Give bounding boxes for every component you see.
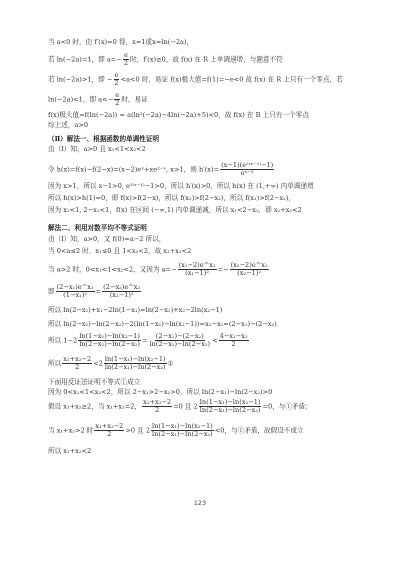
fraction: e2: [113, 72, 119, 87]
text-line: 即(2−x₁)e^x₁(1−x₁)²=(2−x₂)e^x₂(x₂−1)²: [48, 284, 142, 299]
text-line: 综上述，a>0: [48, 121, 88, 129]
text: =0 且 2: [173, 403, 198, 411]
fraction: 4−x₁−x₂2: [219, 333, 249, 348]
text-line: 由（Ⅰ）知，a>0 且 x₁<1<x₂<2: [48, 145, 146, 153]
fraction: x₁+x₂−22: [62, 356, 92, 371]
text-line: 令 h(x)=f(x)−f(2−x)=(x−2)eˣ+xe²⁻ˣ, x>1，则 …: [48, 162, 275, 177]
text: ①: [168, 360, 174, 368]
text: <a<0 时，易证 f(x)极大值=f(1)=−e<0 故 f(x) 在 R 上…: [121, 76, 343, 84]
text-line: 假设 x₁+x₂≥2，当 x₁+x₂=2，x₁+x₂−22=0 且 2ln(1−…: [48, 399, 312, 414]
text-line: 因为 x₁<1, 2−x₂<1，f(x) 在区间 (−∞,1) 内单调递减，所以…: [48, 206, 302, 214]
page-number: 123: [0, 499, 400, 507]
fraction: x₁+x₂−22: [142, 399, 172, 414]
fraction: ln(1−x₁)−ln(x₂−1)ln(2−x₁)−ln(2−x₂): [151, 423, 214, 438]
text: <0，与①矛盾，故假设不成立: [215, 427, 304, 435]
text-line: 所以x₁+x₂−22<2ln(1−x₁)−ln(x₂−1)ln(2−x₁)−ln…: [48, 356, 174, 371]
text: 即: [48, 288, 55, 296]
text-line: 下面用反证法证明不等式①成立: [48, 378, 140, 386]
fraction: x₁+x₂−22: [94, 423, 124, 438]
text-line: 若 ln(−2a)=1，即 a=−e2时，f′(x)≥0，故 f(x) 在 R …: [48, 52, 283, 67]
text: 假设 x₁+x₂≥2，当 x₁+x₂=2，: [48, 403, 141, 411]
text: 所以 1−2: [48, 337, 77, 345]
text: 令 h(x)=f(x)−f(2−x)=(x−2)eˣ+xe²⁻ˣ, x>1，则 …: [48, 166, 219, 174]
text: 若 ln(−2a)>1，即 −: [48, 76, 112, 84]
text: =: [142, 337, 148, 345]
fraction: (2−x₁)−(2−x₂)ln(2−x₁)−ln(2−x₂): [148, 333, 211, 348]
text: 所以: [48, 360, 61, 368]
text: 时，f′(x)≥0，故 f(x) 在 R 上单调递增，与题意不符: [130, 56, 283, 64]
text-line: 当 a>2 时，0<x₁<1<x₂<2，又因为 a=−(x₁−2)e^x₁(x₁…: [48, 262, 270, 277]
text-line: 由（Ⅰ）知，a>0，又 f(0)=a−2 所以，: [48, 235, 165, 243]
fraction: (2−x₁)e^x₁(1−x₁)²: [56, 284, 95, 299]
text-line: 因为 x>1，所以 x−1>0, e²⁽ˣ⁻¹⁾−1>0，所以 h′(x)>0，…: [48, 182, 314, 190]
fraction: (x₂−2)e^x₂(x₂−1)²: [230, 262, 269, 277]
text-line: 因为 0<x₁<1<x₂<2，所以 2−x₁>2−x₂>0，所以 ln(2−x₁…: [48, 388, 272, 396]
text-line: 若 ln(−2a)>1，即 −e2<a<0 时，易证 f(x)极大值=f(1)=…: [48, 72, 343, 87]
text-line: 当 x₁+x₂>2 时x₁+x₂−22>0 且 2ln(1−x₁)−ln(x₂−…: [48, 423, 304, 438]
text-line: 所以 ln(2−x₁)−ln(2−x₂)−2(ln(1−x₁)−ln(x₂−1)…: [48, 320, 277, 328]
fraction: e2: [114, 92, 120, 107]
text: =0，与①矛盾；: [262, 403, 311, 411]
text-line: 当 a<0 时，由 f′(x)=0 得，x=1或x=ln(−2a)，: [48, 38, 193, 46]
fraction: ln(1−x₁)−ln(x₂−1)ln(2−x₁)−ln(2−x₂): [104, 356, 167, 371]
text: =−: [218, 266, 229, 274]
fraction: (x₁−2)e^x₁(x₁−1)²: [178, 262, 217, 277]
fraction: e2: [123, 52, 129, 67]
text: ln(−2a)<1，即 a<−: [48, 96, 113, 104]
text-line: 所以 h(x)>h(1)=0，即 f(x)>f(2−x)，所以 f(x₂)>f(…: [48, 194, 295, 202]
text-line: 当 0<a≤2 时，x₁≤0 且 1<x₂<2，故 x₁+x₂<2: [48, 247, 191, 255]
fraction: ln(1−x₁)−ln(x₂−1)ln(2−x₁)−ln(2−x₂): [199, 399, 262, 414]
text: 当 x₁+x₂>2 时: [48, 427, 93, 435]
document-page: 当 a<0 时，由 f′(x)=0 得，x=1或x=ln(−2a)， 若 ln(…: [0, 0, 400, 565]
fraction: (x−1)(e²⁽ˣ⁻¹⁾−1)eˣ⁻²: [220, 162, 274, 177]
text: =: [96, 288, 102, 296]
section-heading: 解法二、利用对数平均不等式证明: [48, 224, 147, 232]
text: <2: [93, 360, 103, 368]
text: >0 且 2: [125, 427, 150, 435]
text: 时，易证: [121, 96, 147, 104]
fraction: (2−x₂)e^x₂(x₂−1)²: [102, 284, 141, 299]
text: 当 a>2 时，0<x₁<1<x₂<2，又因为 a=−: [48, 266, 177, 274]
text-line: 所以 x₁+x₂<2: [48, 447, 91, 455]
text: <: [212, 337, 218, 345]
text-line: ln(−2a)<1，即 a<−e2时，易证: [48, 92, 148, 107]
text: 若 ln(−2a)=1，即 a=−: [48, 56, 122, 64]
text-line: f(x)极大值=f(ln(−2a)) = a(ln²(−2a)−4ln(−2a)…: [48, 111, 309, 119]
text-line: 所以 1−2ln(1−x₁)−ln(x₂−1)ln(2−x₁)−ln(2−x₂)…: [48, 333, 250, 348]
text-line: 所以 ln(2−x₁)+x₁−2ln(1−x₁)=ln(2−x₂)+x₂−2ln…: [48, 306, 222, 314]
section-heading: （Ⅱ）解法一、根据函数的单调性证明: [48, 135, 159, 143]
fraction: ln(1−x₁)−ln(x₂−1)ln(2−x₁)−ln(2−x₂): [78, 333, 141, 348]
